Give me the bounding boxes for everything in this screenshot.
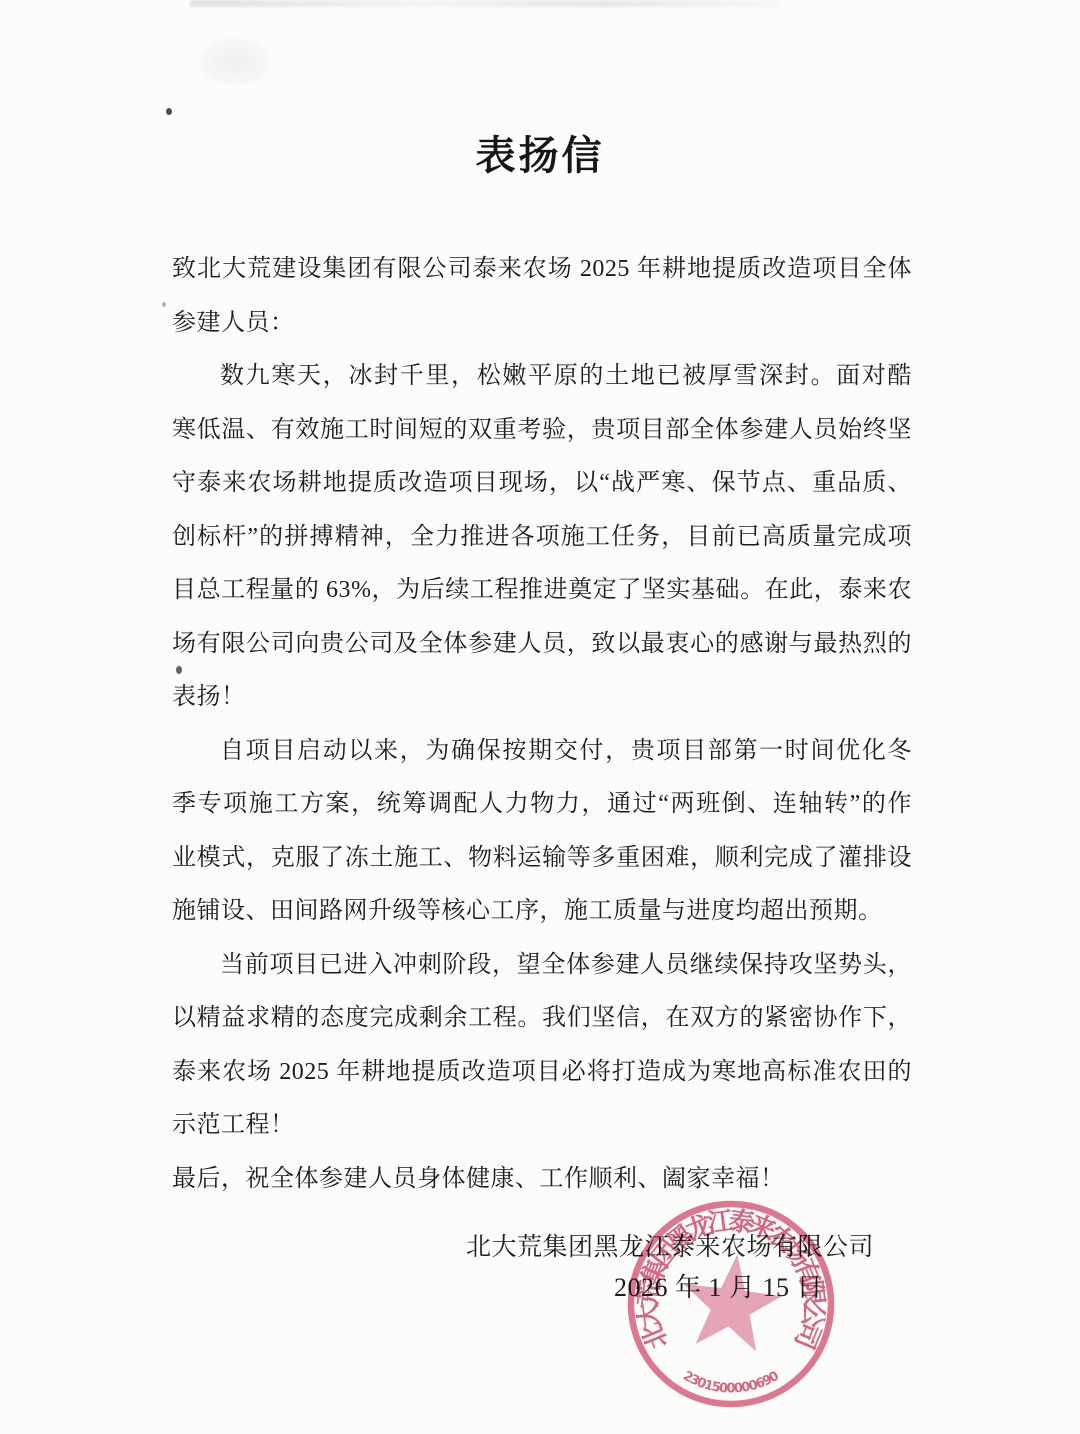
scan-artifact-dot — [166, 108, 172, 115]
seal-serial-digit: 2 — [680, 1369, 695, 1387]
letter-line: 创标杆”的拼搏精神，全力推进各项施工任务，目前已高质量完成项 — [172, 511, 912, 565]
letter-line: 示范工程！ — [172, 1099, 912, 1153]
seal-ring-char: 北 — [636, 1318, 674, 1354]
paragraph-body: 数九寒天，冰封千里，松嫩平原的土地已被厚雪深封。面对酷寒低温、有效施工时间短的双… — [172, 350, 912, 725]
seal-serial-digit: 0 — [747, 1378, 760, 1395]
seal-serial-digit: 0 — [733, 1381, 743, 1397]
seal-serial-digit: 0 — [718, 1381, 728, 1397]
paragraph-body: 当前项目已进入冲刺阶段，望全体参建人员继续保持攻坚势头，以精益求精的态度完成剩余… — [172, 939, 912, 1153]
letter-page: 表扬信 致北大荒建设集团有限公司泰来农场 2025 年耕地提质改造项目全体参建人… — [0, 0, 1080, 1434]
seal-ring-char: 司 — [788, 1318, 826, 1354]
seal-ring-char: 大 — [633, 1300, 666, 1330]
letter-line: 致北大荒建设集团有限公司泰来农场 2025 年耕地提质改造项目全体 — [172, 243, 912, 297]
seal-ring-char: 公 — [796, 1300, 829, 1330]
paragraph-body: 自项目启动以来，为确保按期交付，贵项目部第一时间优化冬季专项施工方案，统筹调配人… — [172, 725, 912, 939]
letter-date: 2026 年 1 月 15 日 — [614, 1272, 823, 1304]
letter-line: 场有限公司向贵公司及全体参建人员，致以最衷心的感谢与最热烈的 — [172, 618, 912, 672]
paragraph-closing: 最后，祝全体参建人员身体健康、工作顺利、阖家幸福！ — [172, 1153, 912, 1207]
seal-serial-digit: 6 — [754, 1375, 768, 1392]
letter-line: 目总工程量的 63%，为后续工程推进奠定了坚实基础。在此，泰来农 — [172, 564, 912, 618]
letter-line: 守泰来农场耕地提质改造项目现场，以“战严寒、保节点、重品质、 — [172, 457, 912, 511]
seal-serial-digit: 0 — [726, 1382, 735, 1397]
signature-company: 北大荒集团黑龙江泰来农场有限公司 — [466, 1226, 874, 1270]
letter-line: 业模式，克服了冻土施工、物料运输等多重困难，顺利完成了灌排设 — [172, 832, 912, 886]
letter-line: 季专项施工方案，统筹调配人力物力，通过“两班倒、连轴转”的作 — [172, 778, 912, 832]
seal-serial-digit: 0 — [740, 1379, 752, 1395]
seal-serial-number: 2301500000690 — [680, 1369, 782, 1397]
letter-body: 致北大荒建设集团有限公司泰来农场 2025 年耕地提质改造项目全体参建人员：数九… — [172, 243, 912, 1206]
seal-serial-digit: 0 — [695, 1375, 709, 1392]
seal-serial-digit: 9 — [760, 1372, 775, 1389]
letter-line: 参建人员： — [172, 297, 912, 351]
letter-line: 最后，祝全体参建人员身体健康、工作顺利、阖家幸福！ — [172, 1153, 912, 1207]
seal-serial-digit: 0 — [766, 1369, 781, 1387]
letter-line: 数九寒天，冰封千里，松嫩平原的土地已被厚雪深封。面对酷 — [172, 350, 912, 404]
letter-line: 泰来农场 2025 年耕地提质改造项目必将打造成为寒地高标准农田的 — [172, 1046, 912, 1100]
letter-line: 自项目启动以来，为确保按期交付，贵项目部第一时间优化冬 — [172, 725, 912, 779]
letter-line: 表扬！ — [172, 671, 912, 725]
scan-artifact-dot — [162, 302, 166, 307]
letter-title: 表扬信 — [0, 124, 1080, 181]
scan-artifact-smudge — [200, 38, 270, 86]
seal-serial-digit: 1 — [702, 1378, 715, 1395]
paragraph-salutation: 致北大荒建设集团有限公司泰来农场 2025 年耕地提质改造项目全体参建人员： — [172, 243, 912, 350]
letter-line: 以精益求精的态度完成剩余工程。我们坚信，在双方的紧密协作下， — [172, 992, 912, 1046]
seal-serial-digit: 3 — [687, 1372, 702, 1389]
scan-artifact-streak — [190, 0, 780, 7]
letter-line: 当前项目已进入冲刺阶段，望全体参建人员继续保持攻坚势头， — [172, 939, 912, 993]
letter-line: 施铺设、田间路网升级等核心工序，施工质量与进度均超出预期。 — [172, 885, 912, 939]
seal-serial-digit: 5 — [710, 1379, 722, 1395]
letter-line: 寒低温、有效施工时间短的双重考验，贵项目部全体参建人员始终坚 — [172, 404, 912, 458]
